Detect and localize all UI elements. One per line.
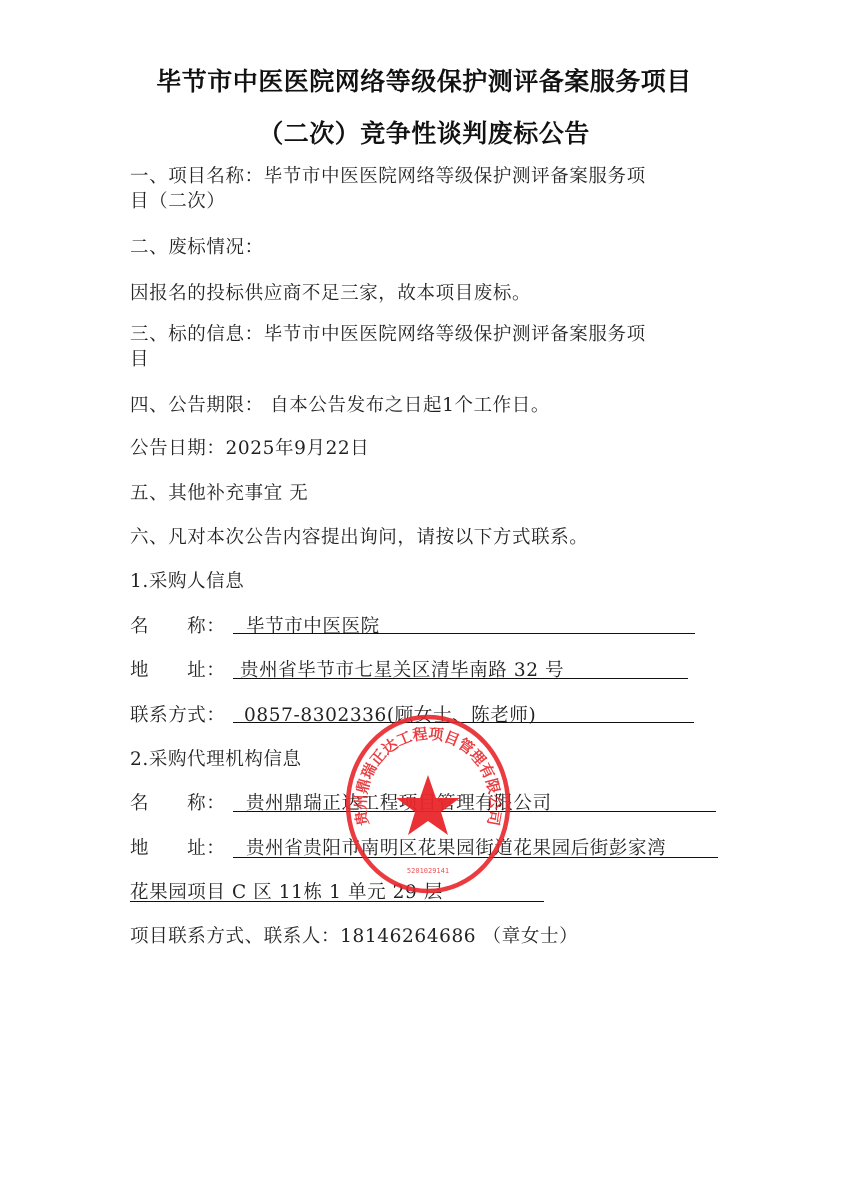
project-name-row: 一、项目名称：毕节市中医医院网络等级保护测评备案服务项 [130,166,646,188]
agency-contact-value: 18146264686 （章女士） [340,926,578,947]
purchaser-address-underline [233,678,688,679]
date-value: 2025年9月22日 [226,438,370,459]
purchaser-contact-value: 0857-8302336(顾女士、陈老师) [244,705,536,727]
label-char-a: 地 [130,660,149,681]
date-label: 公告日期： [130,438,226,459]
agency-contact-row: 项目联系方式、联系人：18146264686 （章女士） [130,926,578,948]
agency-address-underline2 [130,901,544,902]
subject-label: 三、标的信息： [130,324,264,345]
abolish-reason: 因报名的投标供应商不足三家，故本项目废标。 [130,283,531,305]
purchaser-name-value: 毕节市中医医院 [246,616,380,638]
subject-row: 三、标的信息：毕节市中医医院网络等级保护测评备案服务项 [130,324,646,346]
agency-name-underline [233,811,716,812]
announcement-title-line1: 毕节市中医医院网络等级保护测评备案服务项目 [0,62,848,98]
period-value: 自本公告发布之日起1个工作日。 [264,395,550,416]
agency-heading: 2.采购代理机构信息 [130,749,302,771]
date-row: 公告日期：2025年9月22日 [130,438,369,460]
purchaser-name-label: 名称： [130,616,225,638]
period-label: 四、公告期限： [130,395,264,416]
announcement-title-line2: （二次）竞争性谈判废标公告 [0,114,848,150]
abolish-label: 二、废标情况： [130,237,264,259]
other-value: 无 [289,483,308,504]
purchaser-heading: 1.采购人信息 [130,571,244,593]
svg-text:5201029141: 5201029141 [407,867,449,875]
purchaser-contact-label: 联系方式： [130,705,226,727]
agency-name-label: 名称： [130,793,225,815]
subject-value: 毕节市中医医院网络等级保护测评备案服务项 [264,324,646,345]
project-name-value: 毕节市中医医院网络等级保护测评备案服务项 [264,166,646,187]
purchaser-name-underline [233,633,695,634]
label-char-b: 址： [187,660,225,681]
contact-intro: 六、凡对本次公告内容提出询问，请按以下方式联系。 [130,527,588,549]
agency-address-underline1 [233,857,718,858]
label-char-b: 称： [187,793,225,814]
project-name-label: 一、项目名称： [130,166,264,187]
period-row: 四、公告期限： 自本公告发布之日起1个工作日。 [130,395,550,417]
label-char-b: 称： [187,616,225,637]
label-char-a: 名 [130,793,149,814]
other-label: 五、其他补充事宜 [130,483,283,504]
purchaser-contact-underline [233,722,694,723]
purchaser-address-label: 地址： [130,660,225,682]
label-char-a: 名 [130,616,149,637]
other-row: 五、其他补充事宜 无 [130,483,308,505]
project-name-row-cont: 目（二次） [130,191,226,213]
subject-row-cont: 目 [130,349,149,371]
agency-address-label: 地址： [130,838,225,860]
agency-contact-label: 项目联系方式、联系人： [130,926,340,947]
label-char-a: 地 [130,838,149,859]
label-char-b: 址： [187,838,225,859]
